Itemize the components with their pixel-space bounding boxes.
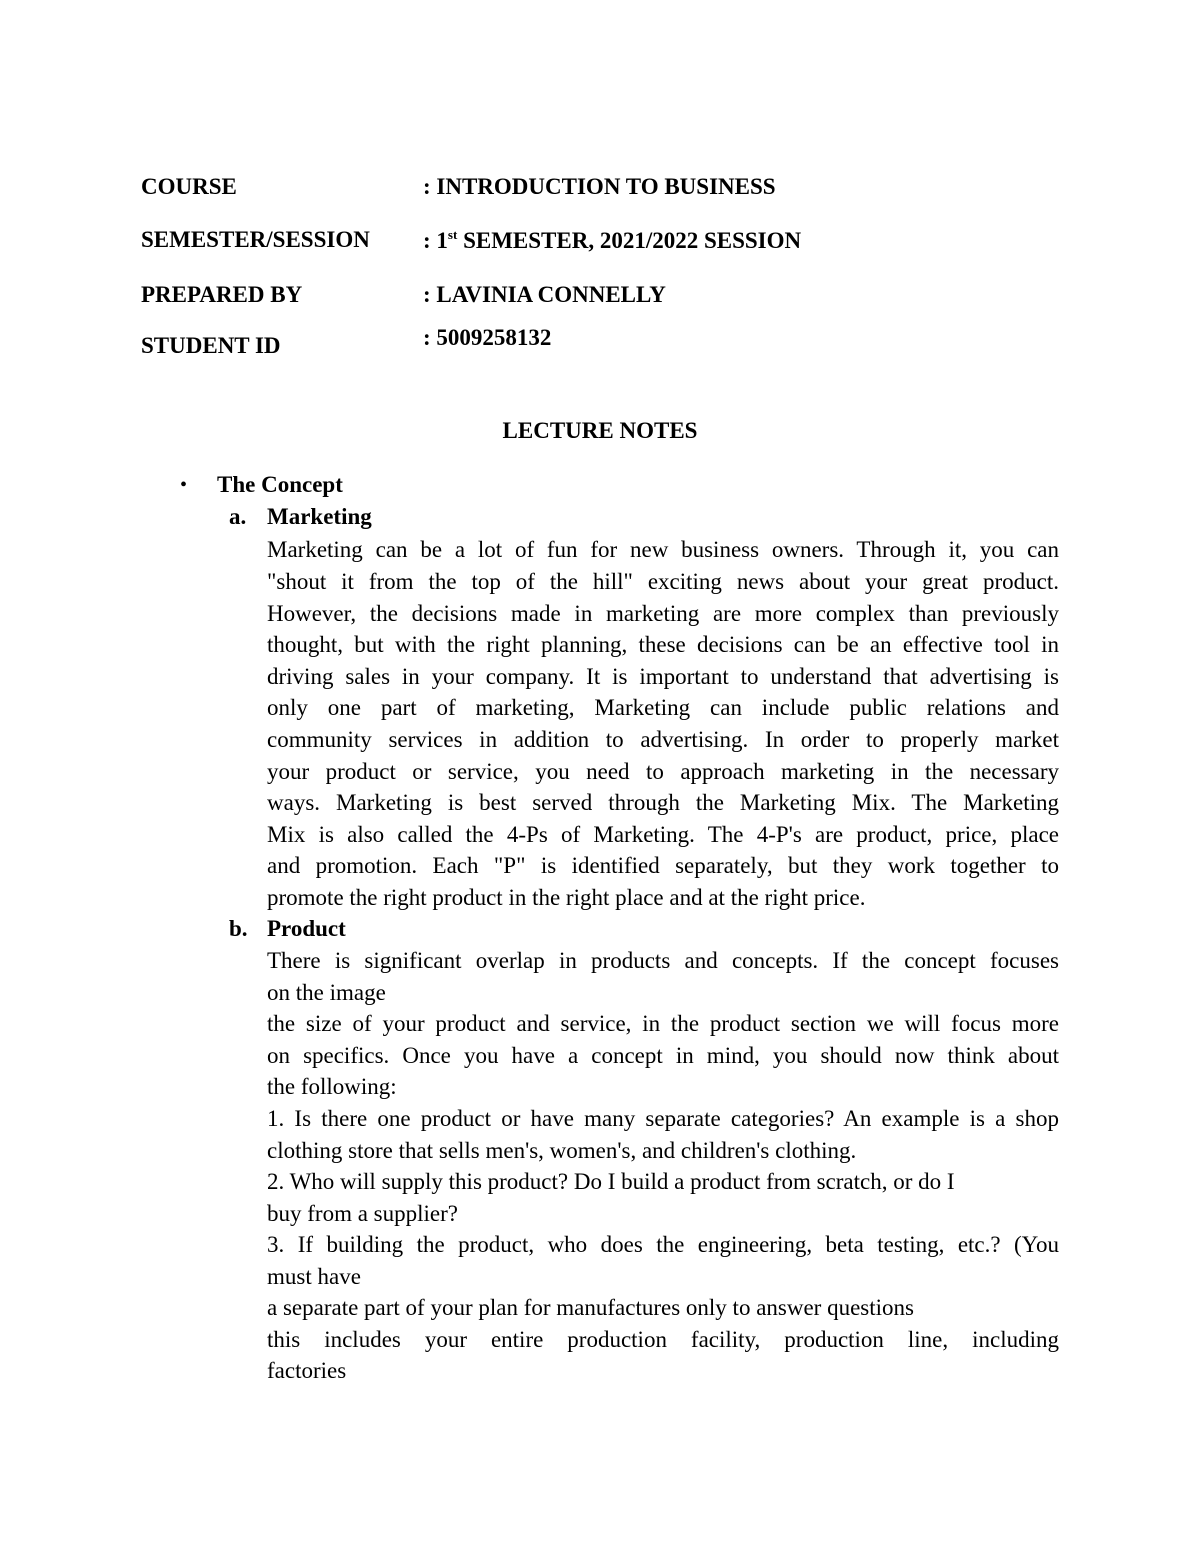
paragraph-line: factories xyxy=(267,1357,1059,1385)
document-page: COURSE : INTRODUCTION TO BUSINESS SEMEST… xyxy=(0,0,1200,1553)
paragraph-line: thought, but with the right planning, th… xyxy=(267,631,1059,659)
paragraph-line: a separate part of your plan for manufac… xyxy=(267,1294,1059,1322)
paragraph-line: Mix is also called the 4-Ps of Marketing… xyxy=(267,821,1059,849)
list-item-line: 2. Who will supply this product? Do I bu… xyxy=(267,1168,1059,1196)
paragraph-line: driving sales in your company. It is imp… xyxy=(267,663,1059,691)
meta-value-prefix: : 1 xyxy=(423,228,448,253)
paragraph-line: Marketing can be a lot of fun for new bu… xyxy=(267,536,1059,564)
paragraph-line: the size of your product and service, in… xyxy=(267,1010,1059,1038)
section-heading-marketing: Marketing xyxy=(267,504,372,530)
section-heading-product: Product xyxy=(267,916,346,942)
list-item-line: clothing store that sells men's, women's… xyxy=(267,1137,1059,1165)
paragraph-line: on specifics. Once you have a concept in… xyxy=(267,1042,1059,1070)
meta-value: : 5009258132 xyxy=(423,325,551,351)
paragraph-line: There is significant overlap in products… xyxy=(267,947,1059,975)
list-item-line: must have xyxy=(267,1263,1059,1291)
paragraph-line: ways. Marketing is best served through t… xyxy=(267,789,1059,817)
paragraph-line: However, the decisions made in marketing… xyxy=(267,600,1059,628)
meta-value-suffix: SEMESTER, 2021/2022 SESSION xyxy=(457,228,801,253)
meta-label: STUDENT ID xyxy=(141,333,281,359)
paragraph-line: only one part of marketing, Marketing ca… xyxy=(267,694,1059,722)
meta-label: SEMESTER/SESSION xyxy=(141,227,370,253)
section-marker: a. xyxy=(229,504,246,530)
section-marker: b. xyxy=(229,916,248,942)
paragraph-line: on the image xyxy=(267,979,1059,1007)
paragraph-line: this includes your entire production fac… xyxy=(267,1326,1059,1354)
paragraph-line: promote the right product in the right p… xyxy=(267,884,1059,912)
document-title: LECTURE NOTES xyxy=(0,418,1200,444)
paragraph-line: "shout it from the top of the hill" exci… xyxy=(267,568,1059,596)
list-item-line: 3. If building the product, who does the… xyxy=(267,1231,1059,1259)
paragraph-line: and promotion. Each "P" is identified se… xyxy=(267,852,1059,880)
paragraph-line: community services in addition to advert… xyxy=(267,726,1059,754)
bullet-label: The Concept xyxy=(217,472,343,498)
meta-label: PREPARED BY xyxy=(141,282,302,308)
bullet-icon: • xyxy=(180,474,187,497)
meta-label: COURSE xyxy=(141,174,237,200)
list-item-line: buy from a supplier? xyxy=(267,1200,1059,1228)
paragraph-line: your product or service, you need to app… xyxy=(267,758,1059,786)
meta-value: : LAVINIA CONNELLY xyxy=(423,282,666,308)
meta-value: : 1st SEMESTER, 2021/2022 SESSION xyxy=(423,227,801,254)
paragraph-line: the following: xyxy=(267,1073,1059,1101)
list-item-line: 1. Is there one product or have many sep… xyxy=(267,1105,1059,1133)
meta-value: : INTRODUCTION TO BUSINESS xyxy=(423,174,776,200)
ordinal-suffix: st xyxy=(448,227,457,242)
